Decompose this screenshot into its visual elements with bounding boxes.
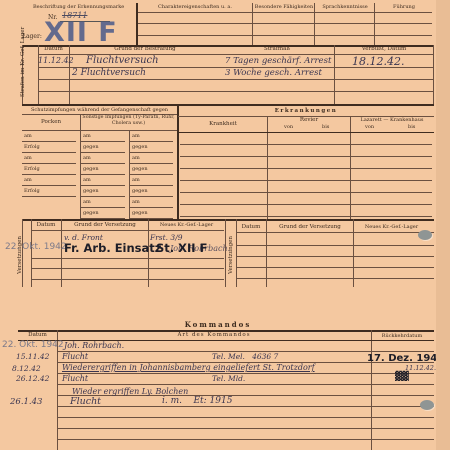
kommandos-col-date: Datum [18,332,57,338]
rule [31,268,224,269]
versetzung-col-reason: Grund der Versetzung [62,222,148,228]
versetzung2-col-reason: Grund der Versetzung [267,224,353,230]
divider [371,330,372,450]
rule [57,406,434,407]
impfung-cell: Erfolg [24,166,40,172]
erkrankungen-title: Erkrankungen [178,108,434,114]
strafen-col-penalty: Strafmaß [222,46,332,52]
impfung-cell: am [132,199,140,205]
lager-stamp: XII F [44,17,118,48]
strafe-reason: Fluchtversuch [86,55,159,66]
impfung-cell: gegen [83,144,99,150]
punch-hole [420,400,434,410]
erkrankungen-col-revier: Revier [268,117,350,123]
rule [138,12,432,13]
pow-record-card: Beschriftung der Erkennungsmarke Nr. 187… [0,0,436,450]
strafe-penalty: 7 Tagen geschärf. Arrest [225,56,331,66]
rule [130,163,173,164]
erkrankungen-col-lazarett: Lazarett — Krankenhaus [351,117,433,123]
impfung-cell: gegen [132,210,148,216]
rule [57,428,434,429]
strafe-date: 11.12.42 [38,56,74,65]
impfungen-col-sonstige: Sonstige Impfungen (Ty-Paratn, Ruhr, Cho… [80,115,177,127]
impfung-cell: am [83,199,91,205]
impfung-cell: gegen [132,166,148,172]
impfung-cell: am [132,155,140,161]
kommando-type: Flucht [70,396,101,407]
strafen-col-date: Datum [38,46,69,52]
strafen-col-served: Verbüßt, Datum [335,46,433,52]
rule [236,232,434,233]
versetzung-date-stamp: 22. Okt. 1942 [5,242,67,252]
kommando-extra: Tel. Mld. [212,374,245,383]
impfung-cell: am [24,177,32,183]
kommando-date: 26.12.42 [16,374,49,383]
versetzungen-side-label-right: Versetzungen [228,235,234,275]
kommandos-title: Kommandos [0,320,436,329]
divider [433,45,434,105]
versetzung2-col-camp: Neues Kr.-Gef.-Lager [354,224,429,230]
rule [138,35,432,36]
kommando-date: 8.12.42 [12,364,41,373]
rule [138,23,432,24]
revier-bis: bis [322,124,329,130]
tag-description-label: Beschriftung der Erkennungsmarke [33,4,124,10]
impfung-cell: am [83,133,91,139]
rule [57,373,434,374]
rule [22,130,177,131]
strafen-side-label: Strafen im Kr. Gef. Lager [20,47,26,97]
kommandos-col-return: Rückkehrdatum [372,333,432,339]
impfung-cell: am [24,155,32,161]
rule [81,185,125,186]
rule [130,185,173,186]
col-character: Charaktereigenschaften u. a. [140,4,250,10]
kommando-type: Flucht [62,352,88,361]
lazarett-bis: bis [408,124,415,130]
rule [81,196,125,197]
section-rule [22,219,434,221]
header-divider [136,3,138,46]
rule [130,174,173,175]
impfung-cell: gegen [83,188,99,194]
kommando-extra: Tel. Mel. 4636 7 [212,352,278,361]
kommando-type: Wiederergriffen in Johannisbamberg einge… [62,363,315,372]
strafen-col-reason: Grund der Bestrafung [70,46,220,52]
kommando-smudge-stamp: ▓▓ [395,372,409,382]
col-conduct: Führung [375,4,433,10]
rule [236,256,434,257]
kommandos-col-type: Art des Kommandos [58,332,370,338]
versetzung-camp-stamp: St. XII F [156,241,207,255]
rule [236,245,434,246]
rule [81,207,125,208]
rule [236,278,434,279]
versetzung-col-date: Datum [31,222,61,228]
kommando-date-stamp: 22. Okt. 1942 [2,340,64,350]
rule [38,79,433,80]
versetzung2-col-date: Datum [236,224,266,230]
rule [81,141,125,142]
punch-hole [418,230,432,240]
rule [130,207,173,208]
rule [130,152,173,153]
impfung-cell: gegen [132,188,148,194]
impfung-cell: gegen [83,166,99,172]
impfungen-col-pocken: Pocken [22,119,80,125]
section-rule [22,104,434,106]
kommando-return-stamp: 17. Dez. 1942 [367,353,444,364]
rule [180,192,432,193]
rule [180,144,432,145]
impfung-cell: Erfolg [24,144,40,150]
rule [57,384,434,385]
divider [225,219,226,287]
rule [22,163,76,164]
kommando-date: 26.1.43 [10,397,42,407]
strafe-penalty: 3 Woche gesch. Arrest [225,68,322,78]
rule [22,196,76,197]
rule [130,196,173,197]
rule [38,91,433,92]
impfung-cell: gegen [83,210,99,216]
lazarett-von: von [365,124,374,130]
col-abilities: Besondere Fähigkeiten [253,4,315,10]
versetzung-col-camp: Neues Kr.-Gef.-Lager [149,222,224,228]
rule [180,216,432,217]
rule [31,230,224,231]
impfung-cell: am [132,133,140,139]
impfung-cell: Erfolg [24,188,40,194]
rule [81,163,125,164]
strafe-reason: 2 Fluchtversuch [72,68,146,78]
rule [178,132,434,133]
impfung-cell: gegen [132,144,148,150]
impfung-cell: am [132,177,140,183]
versetzungen-side-label-left: Versetzungen [17,235,23,275]
kommando-extra: i. m. Et: 1915 [162,396,232,406]
rule [180,180,432,181]
rule [22,141,76,142]
kommando-type: Wieder ergriffen Ly. Bolchen [72,387,188,396]
rule [22,174,76,175]
impfung-cell: am [24,133,32,139]
rule [81,152,125,153]
rule [57,439,434,440]
impfung-cell: am [83,155,91,161]
kommando-return: 11.12.42. [405,364,436,372]
revier-von: von [284,124,293,130]
kommando-type: Flucht [62,374,88,383]
rule [81,174,125,175]
rule [180,168,432,169]
rule [180,156,432,157]
rule [31,258,224,259]
erkrankungen-col-krankheit: Krankheit [178,121,268,127]
versetzung-reason-stamp: Fr. Arb. Einsatz [64,241,161,255]
rule [57,417,434,418]
rule [22,185,76,186]
rule [236,267,434,268]
kommando-type: Joh. Rohrbach. [64,341,124,350]
rule [180,204,432,205]
impfungen-title: Schutzimpfungen während der Gefangenscha… [22,107,177,113]
kommando-date: 15.11.42 [16,352,49,361]
impfung-cell: am [83,177,91,183]
col-languages: Sprachkenntnisse [315,4,375,10]
strafe-served: 18.12.42. [352,55,404,68]
rule [22,152,76,153]
card-edge [436,0,450,450]
rule [130,141,173,142]
rule [31,279,224,280]
